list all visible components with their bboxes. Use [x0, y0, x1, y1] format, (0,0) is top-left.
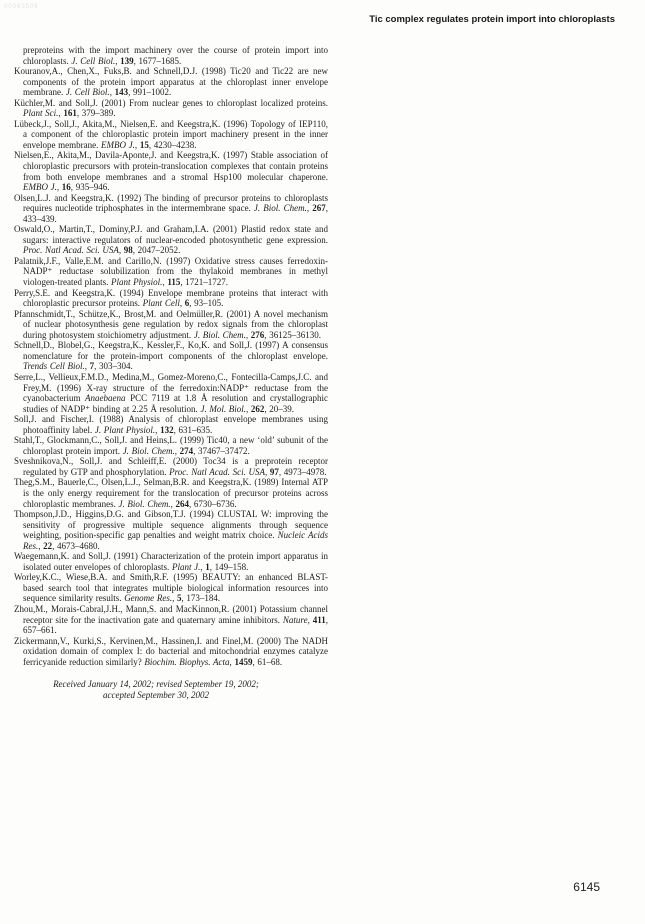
reference-item: Küchler,M. and Soll,J. (2001) From nucle…	[14, 98, 328, 119]
reference-segment: Proc. Natl Acad. Sci. USA	[169, 467, 265, 477]
reference-segment: , 4230–4238.	[149, 140, 197, 150]
reference-segment: , 303–304.	[94, 361, 133, 371]
reference-segment: 98	[124, 245, 133, 255]
reference-segment: J. Biol. Chem.	[194, 330, 246, 340]
reference-item: Sveshnikova,N., Soll,J. and Schleiff,E. …	[14, 456, 328, 477]
reference-segment: 276	[251, 330, 265, 340]
reference-segment: 274	[180, 446, 194, 456]
reference-segment: , 93–105.	[189, 298, 223, 308]
reference-segment: Anaebaena	[85, 393, 126, 403]
reference-segment: , 631–635.	[174, 425, 213, 435]
reference-item: Lübeck,J., Soll,J., Akita,M., Nielsen,E.…	[14, 119, 328, 151]
reference-item: Waegemann,K. and Soll,J. (1991) Characte…	[14, 551, 328, 572]
reference-segment: , 1721–1727.	[180, 277, 228, 287]
reference-segment: 132	[160, 425, 174, 435]
reference-segment: 22	[43, 541, 52, 551]
received-note-line2: accepted September 30, 2002	[24, 690, 288, 701]
reference-item: Theg,S.M., Bauerle,C., Olsen,L.J., Selma…	[14, 477, 328, 509]
reference-segment: 262	[251, 404, 265, 414]
reference-segment: , 991–1002.	[128, 87, 171, 97]
received-note: Received January 14, 2002; revised Septe…	[24, 679, 288, 701]
scan-artifact-watermark: 00065506	[4, 4, 39, 10]
reference-segment: J. Biol. Chem.	[119, 499, 171, 509]
reference-segment: , 61–68.	[252, 657, 282, 667]
reference-segment: J. Cell Biol.	[71, 56, 115, 66]
reference-segment: 267	[312, 203, 326, 213]
received-note-line1: Received January 14, 2002; revised Septe…	[24, 679, 288, 690]
reference-segment: EMBO J.	[101, 140, 135, 150]
reference-item: Nielsen,E., Akita,M., Davila-Aponte,J. a…	[14, 150, 328, 192]
reference-segment: 143	[115, 87, 129, 97]
reference-segment: Schnell,D., Blobel,G., Keegstra,K., Kess…	[14, 340, 328, 361]
reference-item: Kouranov,A., Chen,X., Fuks,B. and Schnel…	[14, 66, 328, 98]
reference-segment: , 37467–37472.	[193, 446, 250, 456]
reference-segment: Plant Cell	[143, 298, 180, 308]
reference-segment: Trends Cell Biol.	[23, 361, 85, 371]
page-number: 6145	[573, 880, 600, 894]
reference-segment: Nielsen,E., Akita,M., Davila-Aponte,J. a…	[14, 150, 328, 181]
running-head-title: Tic complex regulates protein import int…	[369, 14, 615, 25]
reference-segment: , 149–158.	[210, 562, 249, 572]
reference-segment: Biochim. Biophys. Acta	[144, 657, 229, 667]
reference-item: Schnell,D., Blobel,G., Keegstra,K., Kess…	[14, 340, 328, 372]
reference-segment: 16	[62, 182, 71, 192]
reference-item: Stahl,T., Glockmann,C., Soll,J. and Hein…	[14, 435, 328, 456]
reference-segment: 1459	[234, 657, 252, 667]
reference-segment: Plant Physiol.	[111, 277, 162, 287]
reference-segment: , 173–184.	[181, 593, 220, 603]
reference-segment: Plant Sci.	[23, 108, 58, 118]
reference-item: Worley,K.C., Wiese,B.A. and Smith,R.F. (…	[14, 572, 328, 604]
reference-segment: J. Mol. Biol.	[200, 404, 246, 414]
reference-item: Pfannschmidt,T., Schütze,K., Brost,M. an…	[14, 309, 328, 341]
reference-item: preproteins with the import machinery ov…	[14, 45, 328, 66]
reference-segment: , 20–39.	[264, 404, 294, 414]
reference-segment: Proc. Natl Acad. Sci. USA	[23, 245, 119, 255]
reference-item: Palatnik,J.F., Valle,E.M. and Carillo,N.…	[14, 256, 328, 288]
reference-item: Zhou,M., Morais-Cabral,J.H., Mann,S. and…	[14, 604, 328, 636]
paper-page: { "page": { "watermark": "00065506", "ru…	[0, 0, 645, 924]
reference-segment: 411	[313, 615, 326, 625]
reference-segment: , 4973–4978.	[279, 467, 327, 477]
reference-segment: J. Cell Biol.	[66, 87, 110, 97]
reference-segment: , 36125–36130.	[264, 330, 321, 340]
reference-segment: , 4673–4680.	[52, 541, 100, 551]
reference-item: Serre,L., Vellieux,F.M.D., Medina,M., Go…	[14, 372, 328, 414]
reference-segment: J. Biol. Chem.	[254, 203, 307, 213]
reference-segment: , 2047–2052.	[133, 245, 181, 255]
reference-segment: , 1677–1685.	[134, 56, 182, 66]
reference-item: Olsen,L.J. and Keegstra,K. (1992) The bi…	[14, 193, 328, 225]
reference-segment: 15	[140, 140, 149, 150]
reference-segment: , 6730–6736.	[189, 499, 237, 509]
reference-segment: Nature	[283, 615, 308, 625]
reference-segment: , 935–946.	[71, 182, 110, 192]
reference-segment: Küchler,M. and Soll,J. (2001) From nucle…	[14, 98, 328, 108]
reference-segment: 161	[63, 108, 77, 118]
reference-segment: J. Plant Physiol.	[95, 425, 155, 435]
text-column: preproteins with the import machinery ov…	[14, 45, 328, 701]
reference-segment: , 379–389.	[77, 108, 116, 118]
reference-segment: J. Biol. Chem.	[123, 446, 175, 456]
reference-segment: Genome Res.	[124, 593, 172, 603]
reference-segment: Zhou,M., Morais-Cabral,J.H., Mann,S. and…	[14, 604, 328, 625]
reference-item: Perry,S.E. and Keegstra,K. (1994) Envelo…	[14, 288, 328, 309]
reference-segment: 139	[120, 56, 134, 66]
reference-item: Zickermann,V., Kurki,S., Kervinen,M., Ha…	[14, 636, 328, 668]
reference-item: Soll,J. and Fischer,I. (1988) Analysis o…	[14, 414, 328, 435]
reference-segment: Plant J.	[172, 562, 200, 572]
reference-segment: 97	[270, 467, 279, 477]
reference-segment: 115	[167, 277, 180, 287]
reference-item: Thompson,J.D., Higgins,D.G. and Gibson,T…	[14, 509, 328, 551]
reference-segment: Oswald,O., Martin,T., Dominy,P.J. and Gr…	[14, 224, 328, 245]
reference-item: Oswald,O., Martin,T., Dominy,P.J. and Gr…	[14, 224, 328, 256]
references-list: preproteins with the import machinery ov…	[14, 45, 328, 667]
reference-segment: EMBO J.	[23, 182, 57, 192]
reference-segment: 264	[175, 499, 189, 509]
